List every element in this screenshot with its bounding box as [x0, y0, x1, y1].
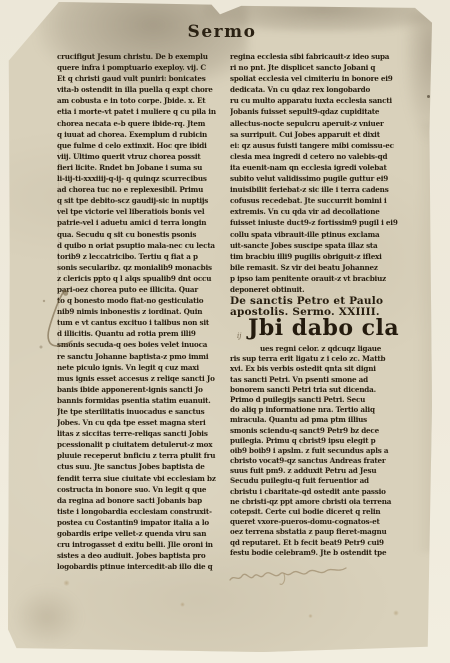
text-line: ita euenit-nam qn ecclesia igredi voleba… — [230, 162, 406, 173]
text-line: ru cu multo apparatu iuxta ecclesia sanc… — [230, 95, 406, 106]
text-line: Jobes. Vn cu qda tpe esset magna steri — [57, 417, 225, 428]
text-line: re sanctu Johanne baptista-z pmo immi — [57, 351, 225, 362]
text-line: d illicitis. Quantu ad rotia prem illi9 — [57, 328, 225, 339]
text-line: spoliat ecclesia vel cimiteriu in bonore… — [230, 73, 406, 84]
text-line: cbristo vocat9-qz sanctus Andreas frater — [230, 456, 406, 466]
text-line: viij. Ultimo querit vtruz chorea possit — [57, 151, 225, 162]
text-line: vel tpe victorie vel liberatiois bonis v… — [57, 206, 225, 217]
text-line: chorea necata e-b quere ibide-rq. Jtem — [57, 118, 225, 129]
fox-spot — [308, 614, 313, 618]
margin-note: ij — [237, 332, 241, 340]
book-leaf: Sermo crucifigut Jesum christu. De b exe… — [8, 2, 432, 652]
text-line: regina ecclesia sibi fabricauit-z ideo s… — [230, 51, 406, 62]
text-line: uit-sancte Jobes suscipe spata illaz sta — [230, 240, 406, 251]
text-line: torib9 z leccatricibo. Tertiu q fiat a p — [57, 251, 225, 262]
text-line: qua. Secudu q sit cu bonestis psonis — [57, 229, 225, 240]
text-line: sistes a deo audiuit. Jobes baptista pro — [57, 550, 225, 561]
text-line: dedicata. Vn cu qdaz rex longobardo — [230, 84, 406, 95]
left-text-column: crucifigut Jesum christu. De b exempluqu… — [57, 51, 225, 574]
scan-background: Sermo crucifigut Jesum christu. De b exe… — [0, 0, 450, 663]
text-line: q iuuat ad chorea. Exemplum d rubicin — [57, 129, 225, 140]
text-line: tum e vt cantus excituo i talibus non si… — [57, 317, 225, 328]
fox-spot — [63, 580, 70, 586]
text-line: etia i morte-vt patet i muliere q cu pil… — [57, 106, 225, 117]
text-line: vita-b ostendit in illa puella q expt ch… — [57, 84, 225, 95]
text-line: fendit terra siue ciuitate vbi ecclesiam… — [57, 473, 225, 484]
fox-spot — [180, 602, 185, 607]
text-line: collu spata vibrauit-ille ptinus exclama — [230, 229, 406, 240]
text-line: smonis sciendu-q sanct9 Petr9 bz dece — [230, 426, 406, 436]
text-line: p ipso iam penitente orauit-z vt bracbiu… — [230, 273, 406, 284]
text-line: queret vxore-pueros-domu-cognatos-et — [230, 517, 406, 527]
text-line: qd reputaret. Et b fecit beat9 Petr9 cui… — [230, 538, 406, 548]
text-line: ei: qz ausus fuisti tangere mibi comissu… — [230, 140, 406, 151]
text-line: d quibo n oriat psuptio mala-nec cu lect… — [57, 240, 225, 251]
text-line: xvi. Ex bis verbis ostedit qnta sit dign… — [230, 364, 406, 374]
text-line: festu bodie celebram9. Jte b ostendit tp… — [230, 548, 406, 558]
text-line: postea cu Costantin9 impator italia a lo — [57, 517, 225, 528]
text-line: mus ignis esset accesus z reliqe sancti … — [57, 373, 225, 384]
text-line: ues regni celor. z qdcuqz ligaue — [230, 344, 406, 354]
text-line: Jte tpe sterilitatis inuocadus e sanctus — [57, 406, 225, 417]
text-line: tas sancti Petri. Vn psenti smone ad — [230, 375, 406, 385]
stain-right-edge — [416, 122, 444, 552]
text-line: tim bracbiu illi9 pugilis obriguit-z ifl… — [230, 251, 406, 262]
text-line: clesia mea ingredi d cetero no valebis-q… — [230, 151, 406, 162]
text-line: da regina ad bonore sacti Jobanis bap — [57, 495, 225, 506]
text-line: ris sup terra erit ligatu z i celo zc. M… — [230, 354, 406, 364]
text-line: fuisset iniuste duct9-z fortissim9 pugil… — [230, 217, 406, 228]
text-line: nete piculo ignis. Vn legit q cuz maxi — [57, 362, 225, 373]
text-line: puilegia. Primu q cbrist9 ipsu elegit p — [230, 436, 406, 446]
right-text-column-upper: regina ecclesia sibi fabricauit-z ideo s… — [230, 51, 406, 296]
text-line: am cobusta e in toto corpe. Jbide. x. Et — [57, 95, 225, 106]
text-line: bile remasit. Sz vir dei beatu Johannez — [230, 262, 406, 273]
text-line: li-iij-ti-xxxiiij-q-ij- q quinqz scurrec… — [57, 173, 225, 184]
text-line: cotepsit. Certe cui bodie diceret q reli… — [230, 507, 406, 517]
text-line: pcessionalit p ciuitatem detulerut-z mox — [57, 439, 225, 450]
text-line: ad chorea tuc no e replexesibil. Primu — [57, 184, 225, 195]
text-line: pluuie receperut bnficiu z terra ptulit … — [57, 450, 225, 461]
text-line: smonis secuda-q oes boies velet inuoca — [57, 339, 225, 350]
text-line: z clericis ppto q l alqs spualib9 dnt oc… — [57, 273, 225, 284]
incipit-large-text: Jbi dabo cla — [248, 314, 410, 342]
text-line: bonorem sancti Petri tria sut dicenda. — [230, 385, 406, 395]
text-line: allectus-nocte sepulcru aperuit-z vniuer — [230, 118, 406, 129]
text-line: cofusus recedebat. Jte succurrit bomini … — [230, 195, 406, 206]
text-line: extremis. Vn cu qda vir ad decollatione — [230, 206, 406, 217]
right-text-column-lower: ues regni celor. z qdcuqz ligaueris sup … — [230, 344, 406, 560]
text-line: gobardis eripe vellet-z quenda viru san — [57, 528, 225, 539]
text-line: miracula. Quantu ad pma ptm illius — [230, 415, 406, 425]
text-line: fieri licite. Rndet bn Jobane i suma su — [57, 162, 225, 173]
text-line: costructa in bonore suo. Vn legit q que — [57, 484, 225, 495]
text-line: oez terrena sbstatia z paup fieret-magnu — [230, 527, 406, 537]
text-line: logobardis ptinue intercedit-ab illo die… — [57, 561, 225, 572]
text-line: ri no pnt. Jte displicet sancto Jobani q — [230, 62, 406, 73]
text-line: sonis secularibz. qz monialib9 monacbis — [57, 262, 225, 273]
text-line: ctus suu. Jte sanctus Jobes baptista de — [57, 461, 225, 472]
text-line: Secudu puilegiu-q fuit feruentior ad — [230, 476, 406, 486]
stain-bottom-left — [12, 587, 82, 647]
fox-spot — [393, 610, 399, 616]
text-line: tiste i longobardia ecclesiam construxit… — [57, 506, 225, 517]
text-line: inuisibilit feriebat-z sic ille i terra … — [230, 184, 406, 195]
text-line: quere infra i pomptuario exeploy. vij. C — [57, 62, 225, 73]
text-line: ne cbristi-qz ppt amore cbristi oia terr… — [230, 497, 406, 507]
text-line: crucifigut Jesum christu. De b exemplu — [57, 51, 225, 62]
text-line: to q bonesto modo fiat-no gesticulatio — [57, 295, 225, 306]
text-line: bannis formidas psentia statim euanuit. — [57, 395, 225, 406]
text-line: do aliq p informatione nra. Tertio aliq — [230, 405, 406, 415]
text-line: que fulme d celo extinxit. Hoc qre ibidi — [57, 140, 225, 151]
ink-speck — [427, 95, 430, 98]
text-line: patrie-vel i aduetu amici d terra longin — [57, 217, 225, 228]
text-line: Primo d puilegijs sancti Petri. Secu — [230, 395, 406, 405]
text-line: litas z siccitas terre-reliqas sancti Jo… — [57, 428, 225, 439]
text-line: Et q christi gaud vult puniri: bonicates — [57, 73, 225, 84]
text-line: sa surripuit. Cui Jobes apparuit et dixi… — [230, 129, 406, 140]
text-line: subito velut validissimo pugile guttur e… — [230, 173, 406, 184]
text-line: Jobanis fuisset sepult9-qdaz cupiditate — [230, 106, 406, 117]
handwritten-annotation — [226, 560, 356, 590]
text-line: suus fuit pm9. z adduxit Petru ad Jesu — [230, 466, 406, 476]
text-line: cru introgasset d exitu belli. Jlle oron… — [57, 539, 225, 550]
running-title: Sermo — [10, 22, 434, 42]
text-line: pari-oez chorea puto ee illicita. Quar — [57, 284, 225, 295]
text-line: oib9 boib9 i apslm. z fuit secundus apls… — [230, 446, 406, 456]
text-line: q sit tpe debito-scz gaudij-sic in nupti… — [57, 195, 225, 206]
text-line: deponeret obtinuit. — [230, 284, 406, 295]
text-line: nib9 nimis inbonestis z iordinat. Quin — [57, 306, 225, 317]
text-line: cbristu i cbaritate-qd ostedit ante pass… — [230, 487, 406, 497]
text-line: banis ibide apponerent-ignis sancti Jo — [57, 384, 225, 395]
